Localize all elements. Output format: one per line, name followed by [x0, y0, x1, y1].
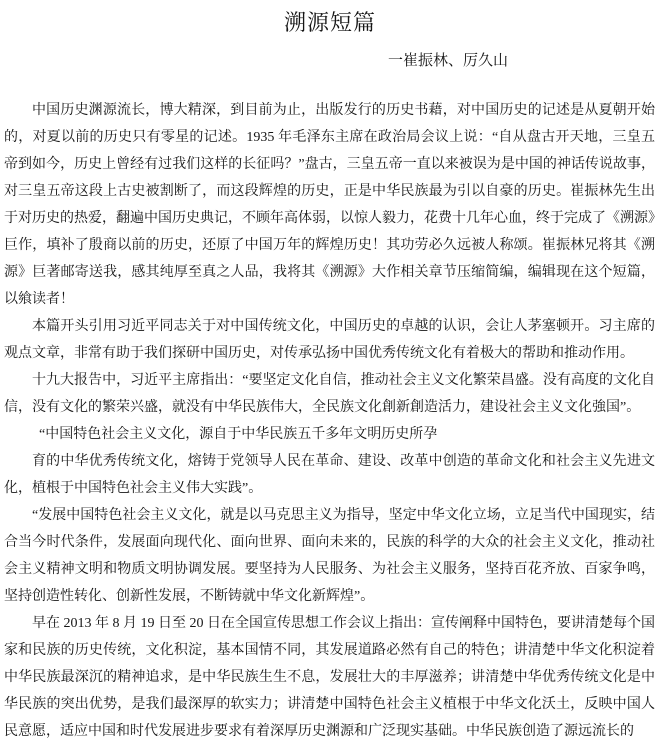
document-title: 溯源短篇	[0, 8, 660, 38]
author-byline: 一崔振林、厉久山	[388, 51, 660, 71]
body-paragraph: 十九大报告中，习近平主席指出：“要坚定文化自信，推动社会主义文化繁荣昌盛。没有高…	[4, 367, 655, 421]
document-body: 中国历史渊源流长，博大精深，到目前为止，出版发行的历史书藉，对中国历史的记述是从…	[0, 97, 660, 745]
document-page: 溯源短篇 一崔振林、厉久山 中国历史渊源流长，博大精深，到目前为止，出版发行的历…	[0, 0, 660, 750]
body-paragraph: 早在 2013 年 8 月 19 日至 20 日在全国宣传思想工作会议上指出：宣…	[4, 610, 655, 745]
body-paragraph: “发展中国特色社会主义文化，就是以马克思主义为指导，坚定中华文化立场，立足当代中…	[4, 502, 655, 610]
body-paragraph: “中国特色社会主义文化，源自于中华民族五千多年文明历史所孕	[4, 421, 655, 448]
body-paragraph: 本篇开头引用习近平同志关于对中国传统文化，中国历史的卓越的认识，会让人茅塞顿开。…	[4, 313, 655, 367]
body-paragraph: 中国历史渊源流长，博大精深，到目前为止，出版发行的历史书藉，对中国历史的记述是从…	[4, 97, 655, 313]
body-paragraph: 育的中华优秀传统文化，熔铸于党领导人民在革命、建设、改革中创造的革命文化和社会主…	[4, 448, 655, 502]
